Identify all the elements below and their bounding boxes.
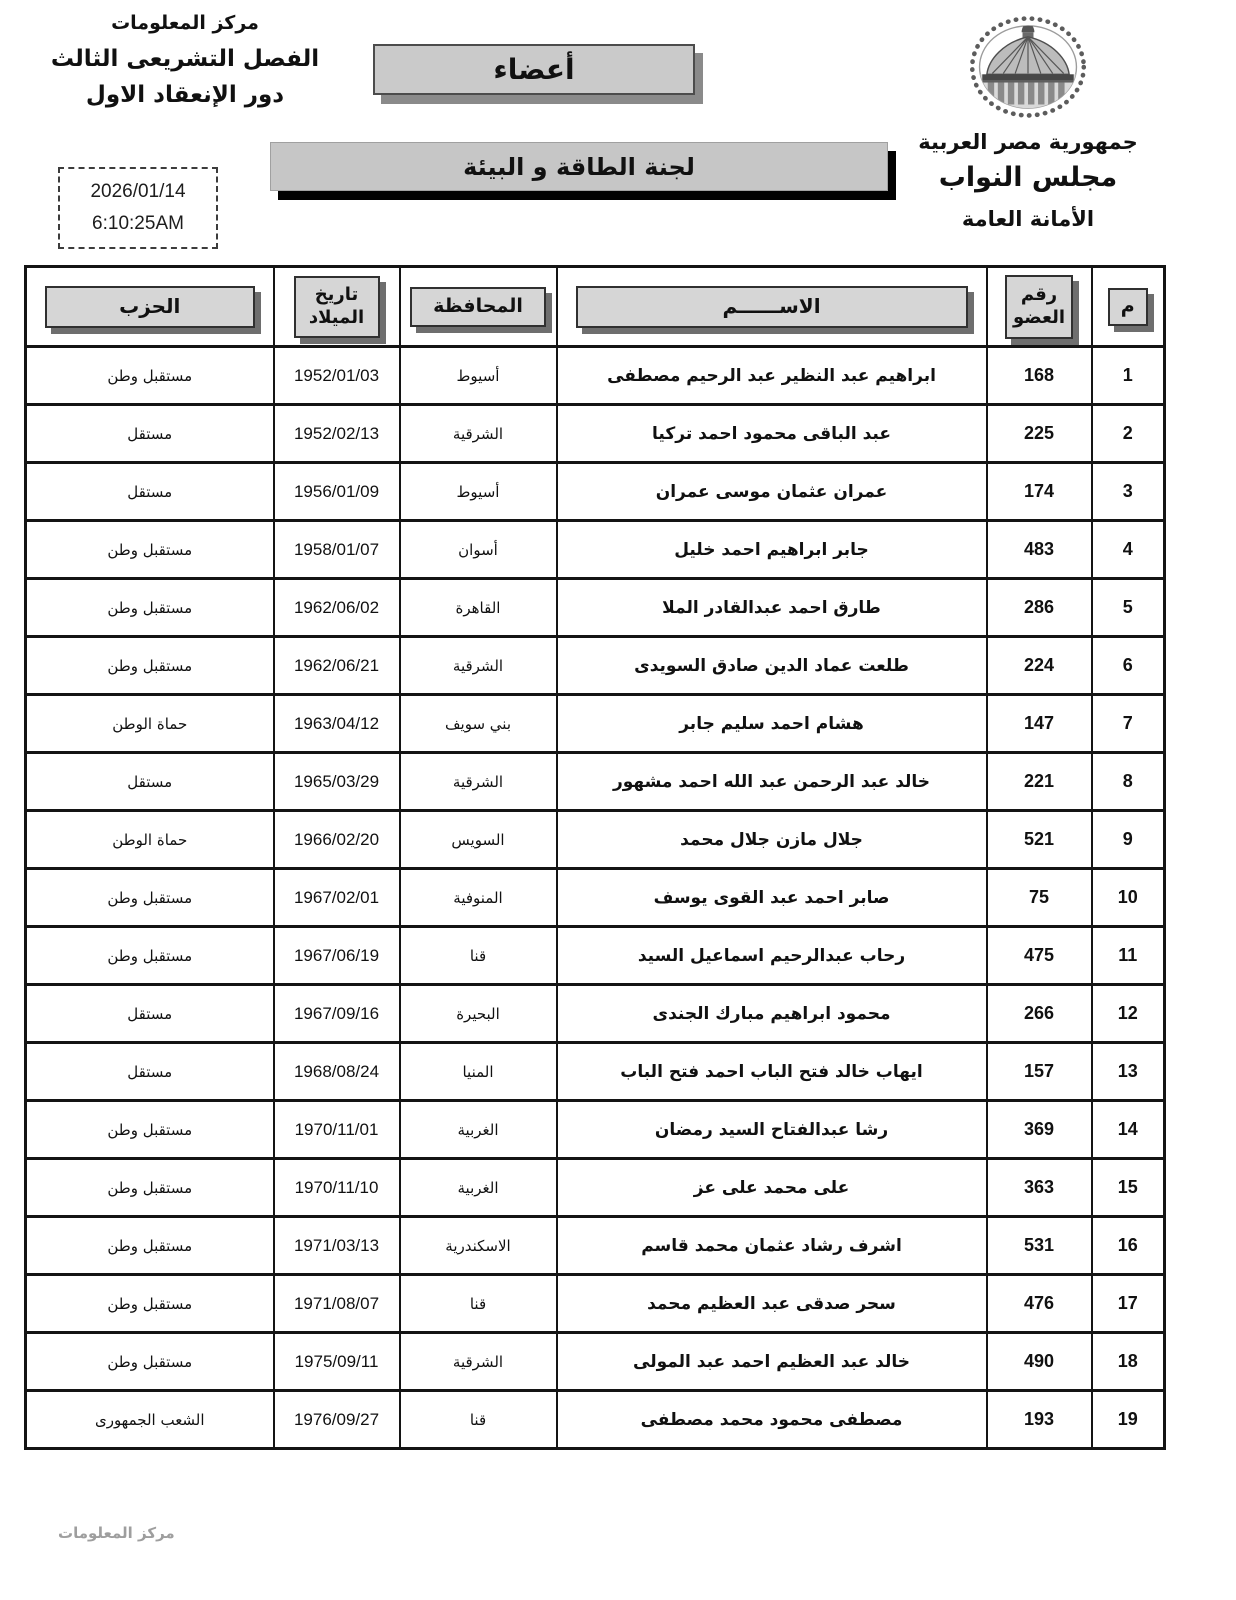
governorate-cell: البحيرة xyxy=(400,985,557,1043)
row-number-cell: 15 xyxy=(1092,1159,1165,1217)
row-number-cell: 7 xyxy=(1092,695,1165,753)
table-row: حماة الوطن 1963/04/12 بني سويف هشام احمد… xyxy=(26,695,1165,753)
row-number-cell: 6 xyxy=(1092,637,1165,695)
table-row: مستقل 1956/01/09 أسيوط عمران عثمان موسى … xyxy=(26,463,1165,521)
member-number-cell: 521 xyxy=(987,811,1092,869)
row-number-cell: 5 xyxy=(1092,579,1165,637)
governorate-cell: الشرقية xyxy=(400,637,557,695)
print-time: 6:10:25AM xyxy=(92,213,184,235)
member-number-cell: 168 xyxy=(987,347,1092,405)
birth-date-cell: 1966/02/20 xyxy=(274,811,400,869)
table-row: مستقبل وطن 1952/01/03 أسيوط ابراهيم عبد … xyxy=(26,347,1165,405)
party-cell: مستقبل وطن xyxy=(26,521,274,579)
row-number-cell: 19 xyxy=(1092,1391,1165,1449)
name-cell: رشا عبدالفتاح السيد رمضان xyxy=(557,1101,987,1159)
birth-date-cell: 1976/09/27 xyxy=(274,1391,400,1449)
birth-date-cell: 1967/06/19 xyxy=(274,927,400,985)
table-row: مستقبل وطن 1962/06/02 القاهرة طارق احمد … xyxy=(26,579,1165,637)
party-cell: مستقبل وطن xyxy=(26,1159,274,1217)
name-cell: صابر احمد عبد القوى يوسف xyxy=(557,869,987,927)
members-title: أعضاء xyxy=(493,53,574,86)
table-row: مستقل 1965/03/29 الشرقية خالد عبد الرحمن… xyxy=(26,753,1165,811)
party-header-label: الحزب xyxy=(45,286,255,328)
name-cell: طلعت عماد الدين صادق السويدى xyxy=(557,637,987,695)
member-number-cell: 531 xyxy=(987,1217,1092,1275)
birth-date-cell: 1958/01/07 xyxy=(274,521,400,579)
print-date: 2026/01/14 xyxy=(90,181,185,203)
party-cell: مستقل xyxy=(26,405,274,463)
print-datetime-box: 2026/01/14 6:10:25AM xyxy=(58,167,218,249)
name-cell: سحر صدقى عبد العظيم محمد xyxy=(557,1275,987,1333)
info-center-label: مركز المعلومات xyxy=(30,12,340,34)
birth-date-cell: 1963/04/12 xyxy=(274,695,400,753)
party-cell: مستقبل وطن xyxy=(26,1217,274,1275)
member-number-cell: 490 xyxy=(987,1333,1092,1391)
report-source-block: مركز المعلومات الفصل التشريعى الثالث دور… xyxy=(30,12,340,108)
table-row: مستقبل وطن 1958/01/07 أسوان جابر ابراهيم… xyxy=(26,521,1165,579)
member-number-cell: 475 xyxy=(987,927,1092,985)
member-number-cell: 266 xyxy=(987,985,1092,1043)
name-cell: خالد عبد الرحمن عبد الله احمد مشهور xyxy=(557,753,987,811)
member-number-cell: 476 xyxy=(987,1275,1092,1333)
row-number-cell: 17 xyxy=(1092,1275,1165,1333)
secretariat-name: الأمانة العامة xyxy=(900,207,1156,231)
committee-title-box: لجنة الطاقة و البيئة xyxy=(270,142,888,191)
name-cell: على محمد على عز xyxy=(557,1159,987,1217)
name-cell: عمران عثمان موسى عمران xyxy=(557,463,987,521)
governorate-cell: قنا xyxy=(400,1275,557,1333)
governorate-cell: بني سويف xyxy=(400,695,557,753)
governorate-cell: المنوفية xyxy=(400,869,557,927)
header-cell-birth-date: تاريخ الميلاد xyxy=(274,267,400,347)
session-label: دور الإنعقاد الاول xyxy=(30,82,340,108)
member-no-header-label: رقم العضو xyxy=(1005,275,1073,339)
header-cell-member-no: رقم العضو xyxy=(987,267,1092,347)
party-cell: مستقبل وطن xyxy=(26,347,274,405)
governorate-cell: الشرقية xyxy=(400,753,557,811)
member-number-cell: 75 xyxy=(987,869,1092,927)
birth-date-cell: 1967/09/16 xyxy=(274,985,400,1043)
birth-date-cell: 1962/06/02 xyxy=(274,579,400,637)
party-cell: مستقبل وطن xyxy=(26,1275,274,1333)
name-cell: هشام احمد سليم جابر xyxy=(557,695,987,753)
member-number-cell: 369 xyxy=(987,1101,1092,1159)
header-cell-name: الاســــــم xyxy=(557,267,987,347)
table-row: مستقبل وطن 1975/09/11 الشرقية خالد عبد ا… xyxy=(26,1333,1165,1391)
member-number-cell: 363 xyxy=(987,1159,1092,1217)
governorate-cell: قنا xyxy=(400,927,557,985)
governorate-header-label: المحافظة xyxy=(410,287,546,327)
row-number-cell: 4 xyxy=(1092,521,1165,579)
birth-date-cell: 1970/11/10 xyxy=(274,1159,400,1217)
row-number-cell: 10 xyxy=(1092,869,1165,927)
index-header-label: م xyxy=(1108,288,1148,326)
party-cell: مستقبل وطن xyxy=(26,927,274,985)
table-row: الشعب الجمهورى 1976/09/27 قنا مصطفى محمو… xyxy=(26,1391,1165,1449)
birth-date-cell: 1968/08/24 xyxy=(274,1043,400,1101)
governorate-cell: المنيا xyxy=(400,1043,557,1101)
row-number-cell: 2 xyxy=(1092,405,1165,463)
party-cell: الشعب الجمهورى xyxy=(26,1391,274,1449)
council-name: مجلس النواب xyxy=(900,162,1156,193)
member-number-cell: 221 xyxy=(987,753,1092,811)
table-row: مستقل 1967/09/16 البحيرة محمود ابراهيم م… xyxy=(26,985,1165,1043)
table-row: مستقبل وطن 1962/06/21 الشرقية طلعت عماد … xyxy=(26,637,1165,695)
name-cell: عبد الباقى محمود احمد تركيا xyxy=(557,405,987,463)
governorate-cell: السويس xyxy=(400,811,557,869)
name-cell: مصطفى محمود محمد مصطفى xyxy=(557,1391,987,1449)
row-number-cell: 3 xyxy=(1092,463,1165,521)
member-number-cell: 225 xyxy=(987,405,1092,463)
party-cell: مستقل xyxy=(26,463,274,521)
name-cell: ايهاب خالد فتح الباب احمد فتح الباب xyxy=(557,1043,987,1101)
member-number-cell: 483 xyxy=(987,521,1092,579)
name-cell: جلال مازن جلال محمد xyxy=(557,811,987,869)
governorate-cell: أسيوط xyxy=(400,463,557,521)
row-number-cell: 13 xyxy=(1092,1043,1165,1101)
member-number-cell: 157 xyxy=(987,1043,1092,1101)
table-row: مستقبل وطن 1970/11/01 الغربية رشا عبدالف… xyxy=(26,1101,1165,1159)
party-cell: حماة الوطن xyxy=(26,695,274,753)
party-cell: مستقبل وطن xyxy=(26,1101,274,1159)
birth-date-cell: 1962/06/21 xyxy=(274,637,400,695)
row-number-cell: 12 xyxy=(1092,985,1165,1043)
birth-date-cell: 1970/11/01 xyxy=(274,1101,400,1159)
members-table: الحزب تاريخ الميلاد المحافظة الاســــــم… xyxy=(24,265,1166,1450)
name-cell: ابراهيم عبد النظير عبد الرحيم مصطفى xyxy=(557,347,987,405)
party-cell: مستقل xyxy=(26,753,274,811)
table-row: مستقل 1952/02/13 الشرقية عبد الباقى محمو… xyxy=(26,405,1165,463)
birth-date-cell: 1965/03/29 xyxy=(274,753,400,811)
name-cell: خالد عبد العظيم احمد عبد المولى xyxy=(557,1333,987,1391)
governorate-cell: الاسكندرية xyxy=(400,1217,557,1275)
country-name: جمهورية مصر العربية xyxy=(900,130,1156,154)
row-number-cell: 16 xyxy=(1092,1217,1165,1275)
name-cell: محمود ابراهيم مبارك الجندى xyxy=(557,985,987,1043)
table-row: مستقبل وطن 1970/11/10 الغربية على محمد ع… xyxy=(26,1159,1165,1217)
table-row: مستقبل وطن 1967/06/19 قنا رحاب عبدالرحيم… xyxy=(26,927,1165,985)
header-cell-index: م xyxy=(1092,267,1165,347)
table-row: مستقبل وطن 1971/08/07 قنا سحر صدقى عبد ا… xyxy=(26,1275,1165,1333)
row-number-cell: 14 xyxy=(1092,1101,1165,1159)
member-number-cell: 193 xyxy=(987,1391,1092,1449)
birth-date-cell: 1971/03/13 xyxy=(274,1217,400,1275)
member-number-cell: 147 xyxy=(987,695,1092,753)
governorate-cell: الشرقية xyxy=(400,405,557,463)
legislative-term-label: الفصل التشريعى الثالث xyxy=(30,46,340,72)
party-cell: مستقبل وطن xyxy=(26,869,274,927)
table-row: مستقبل وطن 1967/02/01 المنوفية صابر احمد… xyxy=(26,869,1165,927)
governorate-cell: الغربية xyxy=(400,1101,557,1159)
name-cell: رحاب عبدالرحيم اسماعيل السيد xyxy=(557,927,987,985)
party-cell: مستقبل وطن xyxy=(26,637,274,695)
member-number-cell: 224 xyxy=(987,637,1092,695)
governorate-cell: أسيوط xyxy=(400,347,557,405)
name-cell: طارق احمد عبدالقادر الملا xyxy=(557,579,987,637)
footer-info-center-label: مركز المعلومات xyxy=(58,1524,175,1542)
name-cell: اشرف رشاد عثمان محمد قاسم xyxy=(557,1217,987,1275)
party-cell: مستقل xyxy=(26,1043,274,1101)
governorate-cell: الغربية xyxy=(400,1159,557,1217)
birth-date-cell: 1967/02/01 xyxy=(274,869,400,927)
birth-date-header-label: تاريخ الميلاد xyxy=(294,276,380,338)
row-number-cell: 1 xyxy=(1092,347,1165,405)
party-cell: مستقل xyxy=(26,985,274,1043)
committee-title: لجنة الطاقة و البيئة xyxy=(463,153,695,181)
member-table-body: مستقبل وطن 1952/01/03 أسيوط ابراهيم عبد … xyxy=(26,347,1165,1449)
members-title-box: أعضاء xyxy=(373,44,695,95)
governorate-cell: القاهرة xyxy=(400,579,557,637)
parliament-dome-logo-icon xyxy=(964,10,1092,124)
birth-date-cell: 1952/01/03 xyxy=(274,347,400,405)
row-number-cell: 8 xyxy=(1092,753,1165,811)
document-page: مركز المعلومات الفصل التشريعى الثالث دور… xyxy=(0,0,1236,1600)
governorate-cell: قنا xyxy=(400,1391,557,1449)
party-cell: حماة الوطن xyxy=(26,811,274,869)
member-number-cell: 286 xyxy=(987,579,1092,637)
organization-block: جمهورية مصر العربية مجلس النواب الأمانة … xyxy=(900,10,1156,231)
member-number-cell: 174 xyxy=(987,463,1092,521)
table-row: مستقل 1968/08/24 المنيا ايهاب خالد فتح ا… xyxy=(26,1043,1165,1101)
table-row: مستقبل وطن 1971/03/13 الاسكندرية اشرف رش… xyxy=(26,1217,1165,1275)
governorate-cell: أسوان xyxy=(400,521,557,579)
table-row: حماة الوطن 1966/02/20 السويس جلال مازن ج… xyxy=(26,811,1165,869)
table-header-row: الحزب تاريخ الميلاد المحافظة الاســــــم… xyxy=(26,267,1165,347)
row-number-cell: 18 xyxy=(1092,1333,1165,1391)
header-cell-party: الحزب xyxy=(26,267,274,347)
birth-date-cell: 1956/01/09 xyxy=(274,463,400,521)
birth-date-cell: 1971/08/07 xyxy=(274,1275,400,1333)
governorate-cell: الشرقية xyxy=(400,1333,557,1391)
name-cell: جابر ابراهيم احمد خليل xyxy=(557,521,987,579)
party-cell: مستقبل وطن xyxy=(26,579,274,637)
birth-date-cell: 1975/09/11 xyxy=(274,1333,400,1391)
birth-date-cell: 1952/02/13 xyxy=(274,405,400,463)
row-number-cell: 9 xyxy=(1092,811,1165,869)
party-cell: مستقبل وطن xyxy=(26,1333,274,1391)
row-number-cell: 11 xyxy=(1092,927,1165,985)
header-cell-governorate: المحافظة xyxy=(400,267,557,347)
name-header-label: الاســــــم xyxy=(576,286,968,328)
